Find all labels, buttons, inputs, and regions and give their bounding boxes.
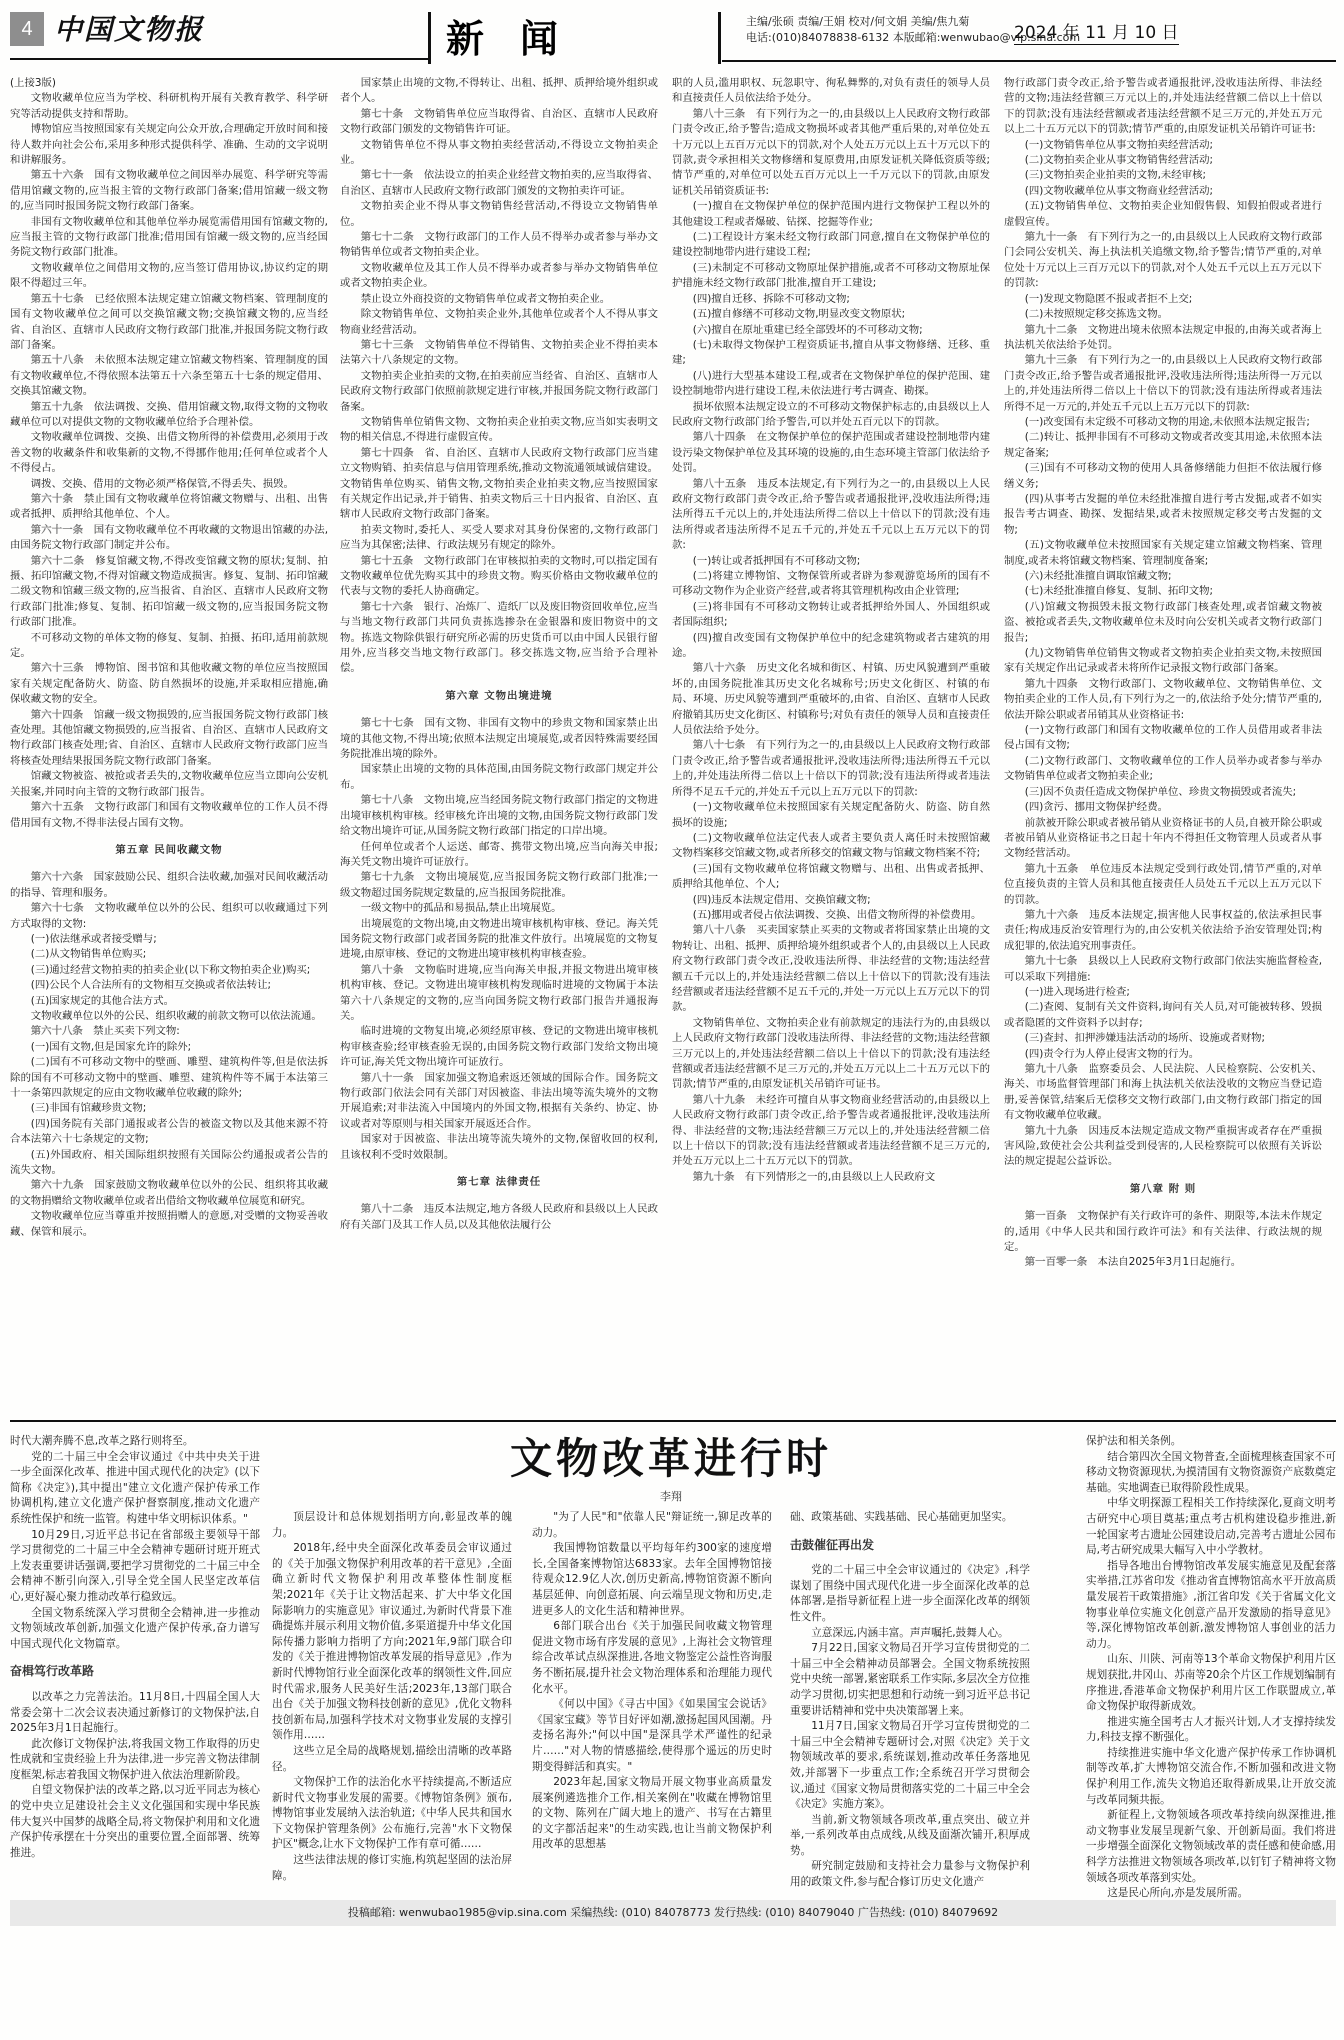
paragraph: 文物拍卖企业不得从事文物销售经营活动,不得设立文物销售单位。 (340, 199, 658, 230)
article-number: 第八十七条 (693, 739, 745, 751)
newspaper-name: 中国文物报 (54, 8, 204, 48)
paragraph: 研究制定鼓励和支持社会力量参与文物保护利用的政策文件,参与配合修订历史文化遗产 (790, 1859, 1030, 1890)
article-number: 第七十条 (361, 108, 404, 120)
article-number: 第六十三条 (31, 662, 84, 674)
article-number: 第六十四条 (31, 709, 83, 721)
paragraph: 文物收藏单位调拨、交换、出借文物所得的补偿费用,必须用于改善文物的收藏条件和收集… (10, 430, 328, 476)
article-number: 第七十四条 (361, 447, 414, 459)
paragraph: (二)国有不可移动文物中的壁画、雕塑、建筑构件等,但是依法拆除的国有不可移动文物… (10, 1055, 328, 1101)
article-body: 禁止买卖下列文物: (83, 1025, 180, 1037)
article-number: 第七十五条 (361, 555, 413, 567)
article-number: 第九十九条 (1025, 1125, 1078, 1137)
article-body: 买卖国家禁止买卖的文物或者将国家禁止出境的文物转让、出租、抵押、质押给境外组织或… (672, 924, 990, 1013)
paragraph: 这些法律法规的修订实施,构筑起坚固的法治屏障。 (272, 1853, 512, 1884)
paragraph: 2023年起,国家文物局开展文物事业高质量发展案例遴选推介工作,相关案例在"收藏… (532, 1775, 772, 1853)
law-article: 第七十四条 省、自治区、直辖市人民政府文物行政部门应当建立文物购销、拍卖信息与信… (340, 446, 658, 523)
law-article: 第六十八条 禁止买卖下列文物: (10, 1024, 328, 1039)
paragraph: (五)外国政府、相关国际组织按照有关国际公约通报或者公告的流失文物。 (10, 1148, 328, 1179)
paragraph: 全国文物系统深入学习贯彻全会精神,进一步推动文物领域改革创新,加强文化遗产保护传… (10, 1606, 260, 1653)
law-column-4: 物行政部门责令改正,给予警告或者通报批评,没收违法所得、非法经营的文物;违法经营… (1004, 76, 1322, 1271)
chapter-heading: 第五章 民间收藏文物 (10, 843, 328, 858)
paragraph: (一)转让或者抵押国有不可移动文物; (672, 554, 990, 569)
paragraph: 保护法和相关条例。 (1086, 1434, 1336, 1450)
paragraph: 临时进境的文物复出境,必须经原审核、登记的文物进出境审核机构审核查验;经审核查验… (340, 1024, 658, 1070)
paragraph: 党的二十届三中全会审议通过的《决定》,科学谋划了围绕中国式现代化进一步全面深化改… (790, 1563, 1030, 1625)
article-number: 第八十一条 (361, 1072, 414, 1084)
paragraph: (五)挪用或者侵占依法调拨、交换、出借文物所得的补偿费用。 (672, 908, 990, 923)
law-article: 第八十七条 有下列行为之一的,由县级以上人民政府文物行政部门责令改正,给予警告或… (672, 738, 990, 800)
paragraph: (八)进行大型基本建设工程,或者在文物保护单位的保护范围、建设控制地带内进行建设… (672, 369, 990, 400)
paragraph: (三)因不负责任造成文物保护单位、珍贵文物损毁或者流失; (1004, 785, 1322, 800)
paragraph: 文物销售单位销售文物、文物拍卖企业拍卖文物,应当如实表明文物的相关信息,不得进行… (340, 415, 658, 446)
paragraph: 推进实施全国考古人才振兴计划,人才支撑持续发力,科技支撑不断强化。 (1086, 1715, 1336, 1746)
paragraph: 国家禁止出境的文物的具体范围,由国务院文物行政部门规定并公布。 (340, 762, 658, 793)
paragraph: (五)文物收藏单位未按照国家有关规定建立馆藏文物档案、管理制度,或者未将馆藏文物… (1004, 538, 1322, 569)
article-number: 第五十六条 (31, 169, 84, 181)
article-number: 第五十七条 (31, 293, 84, 305)
article-number: 第七十三条 (361, 339, 414, 351)
article-number: 第六十条 (31, 493, 74, 505)
paragraph: 我国博物馆数量以平均每年约300家的速度增长,全国备案博物馆达6833家。去年全… (532, 1541, 772, 1619)
paragraph: 新征程上,文物领域各项改革持续向纵深推进,推动文物事业发展呈现新气象、开创新局面… (1086, 1808, 1336, 1886)
law-article: 第五十六条 国有文物收藏单位之间因举办展览、科学研究等需借用馆藏文物的,应当报主… (10, 168, 328, 214)
article-number: 第八十九条 (693, 1094, 745, 1106)
paragraph: 文物拍卖企业拍卖的文物,在拍卖前应当经省、自治区、直辖市人民政府文物行政部门依照… (340, 369, 658, 415)
article-column-1: 时代大潮奔腾不息,改革之路行则将至。党的二十届三中全会审议通过《中共中央关于进一… (10, 1434, 260, 1861)
paragraph: (四)责令行为人停止侵害文物的行为。 (1004, 1047, 1322, 1062)
article-number: 第六十七条 (31, 902, 84, 914)
paragraph: 国家对于因被盗、非法出境等流失境外的文物,保留收回的权利,且该权利不受时效限制。 (340, 1132, 658, 1163)
article-title: 文物改革进行时 (346, 1426, 996, 1486)
paragraph: 10月29日,习近平总书记在省部级主要领导干部学习贯彻党的二十届三中全会精神专题… (10, 1528, 260, 1606)
paragraph: (四)从事考古发掘的单位未经批准擅自进行考古发掘,或者不如实报告考古调查、勘探、… (1004, 492, 1322, 538)
paragraph: (一)进入现场进行检查; (1004, 985, 1322, 1000)
paragraph: 物行政部门责令改正,给予警告或者通报批评,没收违法所得、非法经营的文物;违法经营… (1004, 76, 1322, 138)
page-number: 4 (10, 12, 44, 46)
article-number: 第一百零一条 (1025, 1256, 1087, 1268)
footer-contact-bar: 投稿邮箱: wenwubao1985@vip.sina.com 采编热线: (0… (10, 1900, 1336, 1926)
law-article: 第一百条 文物保护有关行政许可的条件、期限等,本法未作规定的,适用《中华人民共和… (1004, 1209, 1322, 1255)
paragraph: 非国有文物收藏单位和其他单位举办展览需借用国有馆藏文物的,应当报主管的文物行政部… (10, 215, 328, 261)
law-article: 第六十五条 文物行政部门和国有文物收藏单位的工作人员不得借用国有文物,不得非法侵… (10, 800, 328, 831)
paragraph: (一)文物行政部门和国有文物收藏单位的工作人员借用或者非法侵占国有文物; (1004, 723, 1322, 754)
article-number: 第七十九条 (361, 871, 415, 883)
law-article: 第七十七条 国有文物、非国有文物中的珍贵文物和国家禁止出境的其他文物,不得出境;… (340, 716, 658, 762)
paragraph: 结合第四次全国文物普查,全面梳理核查国家不可移动文物资源现状,为摸清国有文物资源… (1086, 1450, 1336, 1497)
publication-date: 2024 年 11 月 10 日 (1014, 18, 1179, 45)
paragraph: (二)文物收藏单位法定代表人或者主要负责人离任时未按照馆藏文物档案移交馆藏文物,… (672, 831, 990, 862)
law-article: 第六十一条 国有文物收藏单位不再收藏的文物退出馆藏的办法,由国务院文物行政部门制… (10, 523, 328, 554)
paragraph: 《何以中国》《寻古中国》《如果国宝会说话》《国家宝藏》等节目好评如潮,激扬起国风… (532, 1697, 772, 1775)
paragraph: (一)国有文物,但是国家允许的除外; (10, 1040, 328, 1055)
law-article: 第九十条 有下列情形之一的,由县级以上人民政府文 (672, 1170, 990, 1185)
article-number: 第六十二条 (31, 555, 85, 567)
paragraph: 2018年,经中央全面深化改革委员会审议通过的《关于加强文物保护利用改革的若干意… (272, 1541, 512, 1744)
law-article: 第九十九条 因违反本法规定造成文物严重损害或者存在严重损害风险,致使社会公共利益… (1004, 1124, 1322, 1170)
article-subheading: 奋楫笃行改革路 (10, 1664, 260, 1680)
article-number: 第九十条 (693, 1171, 735, 1183)
article-column-4: 础、政策基础、实践基础、民心基础更加坚实。击鼓催征再出发党的二十届三中全会审议通… (790, 1510, 1030, 1891)
article-number: 第九十七条 (1025, 955, 1077, 967)
paragraph: (一)改变国有未定级不可移动文物的用途,未依照本法规定报告; (1004, 415, 1322, 430)
law-article: 第八十五条 违反本法规定,有下列行为之一的,由县级以上人民政府文物行政部门责令改… (672, 477, 990, 554)
article-number: 第六十一条 (31, 524, 83, 536)
paragraph: 指导各地出台博物馆改革发展实施意见及配套落实举措,江苏省印发《推动省直博物馆高水… (1086, 1559, 1336, 1653)
paragraph: (上接3版) (10, 76, 328, 91)
article-number: 第七十八条 (361, 794, 413, 806)
article-number: 第八十四条 (693, 431, 746, 443)
paragraph: (四)文物收藏单位从事文物商业经营活动; (1004, 184, 1322, 199)
article-number: 第六十九条 (31, 1179, 84, 1191)
law-article: 第五十九条 依法调拨、交换、借用馆藏文物,取得文物的文物收藏单位可以对提供文物的… (10, 400, 328, 431)
law-article: 第九十二条 文物进出境未依照本法规定申报的,由海关或者海上执法机关依法给予处罚。 (1004, 323, 1322, 354)
paragraph: (八)馆藏文物损毁未报文物行政部门核查处理,或者馆藏文物被盗、被抢或者丢失,文物… (1004, 600, 1322, 646)
law-article: 第六十七条 文物收藏单位以外的公民、组织可以收藏通过下列方式取得的文物: (10, 901, 328, 932)
article-number: 第五十九条 (31, 401, 83, 413)
article-number: 第八十二条 (361, 1203, 413, 1215)
law-article: 第五十八条 未依照本法规定建立馆藏文物档案、管理制度的国有文物收藏单位,不得依照… (10, 353, 328, 399)
law-article: 第五十七条 已经依照本法规定建立馆藏文物档案、管理制度的国有文物收藏单位之间可以… (10, 292, 328, 354)
article-number: 第八十三条 (693, 108, 745, 120)
paragraph: 前款被开除公职或者被吊销从业资格证书的人员,自被开除公职或者被吊销从业资格证书之… (1004, 816, 1322, 862)
law-article: 第九十五条 单位违反本法规定受到行政处罚,情节严重的,对单位直接负责的主管人员和… (1004, 862, 1322, 908)
paragraph: (七)未经批准擅自修复、复制、拓印文物; (1004, 584, 1322, 599)
paragraph: (六)未经批准擅自调取馆藏文物; (1004, 569, 1322, 584)
paragraph: 时代大潮奔腾不息,改革之路行则将至。 (10, 1434, 260, 1450)
paragraph: 6部门联合出台《关于加强民间收藏文物管理 促进文物市场有序发展的意见》,上海社会… (532, 1619, 772, 1697)
article-number: 第八十八条 (693, 924, 746, 936)
paragraph: 职的人员,滥用职权、玩忽职守、徇私舞弊的,对负有责任的领导人员和直接责任人员依法… (672, 76, 990, 107)
paragraph: (九)文物销售单位销售文物或者文物拍卖企业拍卖文物,未按照国家有关规定作出记录或… (1004, 646, 1322, 677)
article-column-5: 保护法和相关条例。结合第四次全国文物普查,全面梳理核查国家不可移动文物资源现状,… (1086, 1434, 1336, 1902)
paragraph: (二)查阅、复制有关文件资料,询问有关人员,对可能被转移、毁损或者隐匿的文件资料… (1004, 1000, 1322, 1031)
paragraph: (四)擅自迁移、拆除不可移动文物; (672, 292, 990, 307)
paragraph: 文物收藏单位应当尊重并按照捐赠人的意愿,对受赠的文物妥善收藏、保管和展示。 (10, 1209, 328, 1240)
paragraph: "为了人民"和"依靠人民"辩证统一,铆足改革的动力。 (532, 1510, 772, 1541)
article-number: 第六十六条 (31, 871, 83, 883)
paragraph: 文物销售单位不得从事文物拍卖经营活动,不得设立文物拍卖企业。 (340, 138, 658, 169)
paragraph: (五)擅自修缮不可移动文物,明显改变文物原状; (672, 307, 990, 322)
article-number: 第七十七条 (361, 717, 414, 729)
article-number: 第七十六条 (361, 601, 413, 613)
law-article: 第六十六条 国家鼓励公民、组织合法收藏,加强对民间收藏活动的指导、管理和服务。 (10, 870, 328, 901)
law-text-section: (上接3版)文物收藏单位应当为学校、科研机构开展有关教育教学、科学研究等活动提供… (10, 76, 1336, 1416)
law-article: 第九十四条 文物行政部门、文物收藏单位、文物销售单位、文物拍卖企业的工作人员,有… (1004, 677, 1322, 723)
law-article: 第八十条 文物临时进境,应当向海关申报,并报文物进出境审核机构审核、登记。文物进… (340, 963, 658, 1025)
paragraph: 这些立足全局的战略规划,描绘出清晰的改革路径。 (272, 1744, 512, 1775)
paragraph: (三)非国有馆藏珍贵文物; (10, 1101, 328, 1116)
law-article: 第九十一条 有下列行为之一的,由县级以上人民政府文物行政部门会同公安机关、海上执… (1004, 230, 1322, 292)
paragraph: (二)未按照规定移交拣选文物。 (1004, 307, 1322, 322)
article-number: 第九十五条 (1025, 863, 1079, 875)
paragraph: (四)擅自改变国有文物保护单位中的纪念建筑物或者古建筑的用途。 (672, 631, 990, 662)
article-number: 第八十五条 (693, 478, 747, 490)
law-article: 第六十条 禁止国有文物收藏单位将馆藏文物赠与、出租、出售或者抵押、质押给其他单位… (10, 492, 328, 523)
paragraph: (二)从文物销售单位购买; (10, 947, 328, 962)
law-article: 第七十二条 文物行政部门的工作人员不得举办或者参与举办文物销售单位或者文物拍卖企… (340, 230, 658, 261)
paragraph: (三)国有不可移动文物的使用人具备修缮能力但拒不依法履行修缮义务; (1004, 461, 1322, 492)
law-article: 第八十四条 在文物保护单位的保护范围或者建设控制地带内建设污染文物保护单位及其环… (672, 430, 990, 476)
article-subheading: 击鼓催征再出发 (790, 1538, 1030, 1554)
article-number: 第九十二条 (1025, 324, 1077, 336)
paragraph: (一)文物收藏单位未按照国家有关规定配备防火、防盗、防自然损坏的设施; (672, 800, 990, 831)
article-number: 第九十三条 (1025, 354, 1077, 366)
law-article: 第九十八条 监察委员会、人民法院、人民检察院、公安机关、海关、市场监督管理部门和… (1004, 1062, 1322, 1124)
paragraph: (四)贪污、挪用文物保护经费。 (1004, 800, 1322, 815)
paragraph: (四)国务院有关部门通报或者公告的被盗文物以及其他来源不符合本法第六十七条规定的… (10, 1117, 328, 1148)
paragraph: (一)擅自在文物保护单位的保护范围内进行文物保护工程以外的其他建设工程或者爆破、… (672, 199, 990, 230)
article-number: 第七十一条 (361, 169, 413, 181)
paragraph: 拍卖文物时,委托人、买受人要求对其身份保密的,文物行政部门应当为其保密;法律、行… (340, 523, 658, 554)
paragraph: 础、政策基础、实践基础、民心基础更加坚实。 (790, 1510, 1030, 1526)
paragraph: 党的二十届三中全会审议通过《中共中央关于进一步全面深化改革、推进中国式现代化的决… (10, 1450, 260, 1528)
paragraph: (二)将建立博物馆、文物保管所或者辟为参观游览场所的国有不可移动文物作为企业资产… (672, 569, 990, 600)
paragraph: 任何单位或者个人运送、邮寄、携带文物出境,应当向海关申报;海关凭文物出境许可证放… (340, 840, 658, 871)
law-article: 第六十二条 修复馆藏文物,不得改变馆藏文物的原状;复制、拍摄、拓印馆藏文物,不得… (10, 554, 328, 631)
paragraph: 顶层设计和总体规划指明方向,彰显改革的魄力。 (272, 1510, 512, 1541)
paragraph: (六)擅自在原址重建已经全部毁坏的不可移动文物; (672, 323, 990, 338)
law-article: 第七十一条 依法设立的拍卖企业经营文物拍卖的,应当取得省、自治区、直辖市人民政府… (340, 168, 658, 199)
paragraph: 以改革之力完善法治。11月8日,十四届全国人大常委会第十二次会议表决通过新修订的… (10, 1690, 260, 1737)
law-article: 第六十九条 国家鼓励文物收藏单位以外的公民、组织将其收藏的文物捐赠给文物收藏单位… (10, 1178, 328, 1209)
paragraph: 调拨、交换、借用的文物必须严格保管,不得丢失、损毁。 (10, 477, 328, 492)
paragraph: (三)国有文物收藏单位将馆藏文物赠与、出租、出售或者抵押、质押给其他单位、个人; (672, 862, 990, 893)
article-column-2: 顶层设计和总体规划指明方向,彰显改革的魄力。2018年,经中央全面深化改革委员会… (272, 1510, 512, 1884)
law-article: 第一百零一条 本法自2025年3月1日起施行。 (1004, 1255, 1322, 1270)
paragraph: (二)工程设计方案未经文物行政部门同意,擅自在文物保护单位的建设控制地带内进行建… (672, 230, 990, 261)
law-article: 第八十九条 未经许可擅自从事文物商业经营活动的,由县级以上人民政府文物行政部门责… (672, 1093, 990, 1170)
chapter-heading: 第七章 法律责任 (340, 1175, 658, 1190)
paragraph: (二)文物行政部门、文物收藏单位的工作人员举办或者参与举办文物销售单位或者文物拍… (1004, 754, 1322, 785)
paragraph: 立意深远,内涵丰富。声声嘱托,鼓舞人心。 (790, 1626, 1030, 1642)
law-article: 第七十六条 银行、冶炼厂、造纸厂以及废旧物资回收单位,应当与当地文物行政部门共同… (340, 600, 658, 677)
header-rule-right (722, 60, 1336, 62)
paragraph: (二)文物拍卖企业从事文物销售经营活动; (1004, 153, 1322, 168)
article-number: 第六十五条 (31, 801, 84, 813)
paragraph: 文物收藏单位应当为学校、科研机构开展有关教育教学、科学研究等活动提供支持和帮助。 (10, 91, 328, 122)
article-number: 第六十八条 (31, 1025, 83, 1037)
paragraph: 馆藏文物被盗、被抢或者丢失的,文物收藏单位应当立即向公安机关报案,并同时向主管的… (10, 769, 328, 800)
paragraph: (三)将非国有不可移动文物转让或者抵押给外国人、外国组织或者国际组织; (672, 600, 990, 631)
paragraph: 禁止设立外商投资的文物销售单位或者文物拍卖企业。 (340, 292, 658, 307)
paragraph: (四)违反本法规定借用、交换馆藏文物; (672, 893, 990, 908)
law-article: 第八十六条 历史文化名城和街区、村镇、历史风貌遭到严重破坏的,由国务院批准其历史… (672, 661, 990, 738)
paragraph: 当前,新文物领域各项改革,重点突出、破立并举,一系列改革由点成线,从线及面渐次铺… (790, 1813, 1030, 1860)
law-column-1: (上接3版)文物收藏单位应当为学校、科研机构开展有关教育教学、科学研究等活动提供… (10, 76, 328, 1240)
paragraph: 自望文物保护法的改革之路,以习近平同志为核心的党中央立足建设社会主义文化强国和实… (10, 1783, 260, 1861)
law-article: 第六十三条 博物馆、图书馆和其他收藏文物的单位应当按照国家有关规定配备防火、防盗… (10, 661, 328, 707)
paragraph: 文物收藏单位之间借用文物的,应当签订借用协议,协议约定的期限不得超过三年。 (10, 261, 328, 292)
paragraph: (一)发现文物隐匿不报或者拒不上交; (1004, 292, 1322, 307)
paragraph: 文物保护工作的法治化水平持续提高,不断适应新时代文物事业发展的需要。《博物馆条例… (272, 1775, 512, 1853)
article-body: 本法自2025年3月1日起施行。 (1087, 1256, 1241, 1268)
paragraph: 损坏依照本法规定设立的不可移动文物保护标志的,由县级以上人民政府文物行政部门给予… (672, 400, 990, 431)
law-article: 第七十九条 文物出境展览,应当报国务院文物行政部门批准;一级文物超过国务院规定数… (340, 870, 658, 901)
law-column-2: 国家禁止出境的文物,不得转让、出租、抵押、质押给境外组织或者个人。第七十条 文物… (340, 76, 658, 1233)
article-number: 第一百条 (1025, 1210, 1067, 1222)
article-column-3: "为了人民"和"依靠人民"辩证统一,铆足改革的动力。我国博物馆数量以平均每年约3… (532, 1510, 772, 1853)
article-number: 第九十一条 (1025, 231, 1077, 243)
paragraph: 除文物销售单位、文物拍卖企业外,其他单位或者个人不得从事文物商业经营活动。 (340, 307, 658, 338)
paragraph: (三)查封、扣押涉嫌违法活动的场所、设施或者财物; (1004, 1031, 1322, 1046)
paragraph: (三)文物拍卖企业拍卖的文物,未经审核; (1004, 168, 1322, 183)
paragraph: 11月7日,国家文物局召开学习宣传贯彻党的二十届三中全会精神专题研讨会,对照《决… (790, 1719, 1030, 1813)
article-number: 第九十六条 (1025, 909, 1079, 921)
law-column-3: 职的人员,滥用职权、玩忽职守、徇私舞弊的,对负有责任的领导人员和直接责任人员依法… (672, 76, 990, 1185)
paragraph: 一级文物中的孤品和易损品,禁止出境展览。 (340, 901, 658, 916)
law-article: 第七十三条 文物销售单位不得销售、文物拍卖企业不得拍卖本法第六十八条规定的文物。 (340, 338, 658, 369)
paragraph: (二)转让、抵押非国有不可移动文物或者改变其用途,未依照本法规定备案; (1004, 430, 1322, 461)
article-byline: 李翔 (346, 1488, 996, 1504)
paragraph: 中华文明探源工程相关工作持续深化,夏商文明考古研究中心项目奠基;重点考古机构建设… (1086, 1496, 1336, 1558)
law-article: 第八十三条 有下列行为之一的,由县级以上人民政府文物行政部门责令改正,给予警告;… (672, 107, 990, 199)
paragraph: (一)依法继承或者接受赠与; (10, 932, 328, 947)
paragraph: (七)未取得文物保护工程资质证书,擅自从事文物修缮、迁移、重建; (672, 338, 990, 369)
law-article: 第七十条 文物销售单位应当取得省、自治区、直辖市人民政府文物行政部门颁发的文物销… (340, 107, 658, 138)
section-title: 新闻 (446, 8, 594, 63)
masthead: 4 中国文物报 新闻 主编/张硕 责编/王娟 校对/何文娟 美编/焦九菊 电话:… (0, 0, 1344, 64)
paragraph: 不可移动文物的单体文物的修复、复制、拍摄、拓印,适用前款规定。 (10, 631, 328, 662)
paragraph: 文物收藏单位以外的公民、组织收藏的前款文物可以依法流通。 (10, 1009, 328, 1024)
paragraph: 此次修订文物保护法,将我国文物工作取得的历史性成就和宝贵经验上升为法律,进一步完… (10, 1737, 260, 1784)
law-article: 第八十八条 买卖国家禁止买卖的文物或者将国家禁止出境的文物转让、出租、抵押、质押… (672, 923, 990, 1015)
article-number: 第九十四条 (1025, 678, 1078, 690)
paragraph: 博物馆应当按照国家有关规定向公众开放,合理确定开放时间和接待人数并向社会公布,采… (10, 122, 328, 168)
paragraph: (三)未制定不可移动文物原址保护措施,或者不可移动文物原址保护措施未经文物行政部… (672, 261, 990, 292)
paragraph: 出境展览的文物出境,由文物进出境审核机构审核、登记。海关凭国务院文物行政部门或者… (340, 917, 658, 963)
article-body: 有下列行为之一的,由县级以上人民政府文物行政部门责令改正,给予警告;造成文物损坏… (672, 108, 990, 197)
law-article: 第八十一条 国家加强文物追索返还领域的国际合作。国务院文物行政部门依法会同有关部… (340, 1071, 658, 1133)
article-number: 第七十二条 (361, 231, 414, 243)
law-article: 第七十八条 文物出境,应当经国务院文物行政部门指定的文物进出境审核机构审核。经审… (340, 793, 658, 839)
header-divider-right (718, 12, 721, 64)
chapter-heading: 第六章 文物出境进境 (340, 689, 658, 704)
paragraph: (四)公民个人合法所有的文物相互交换或者依法转让; (10, 978, 328, 993)
article-number: 第八十条 (361, 964, 404, 976)
paragraph: (三)通过经营文物拍卖的拍卖企业(以下称文物拍卖企业)购买; (10, 963, 328, 978)
header-rule-left (10, 58, 428, 60)
law-article: 第九十六条 违反本法规定,损害他人民事权益的,依法承担民事责任;构成违反治安管理… (1004, 908, 1322, 954)
paragraph: 文物收藏单位及其工作人员不得举办或者参与举办文物销售单位或者文物拍卖企业。 (340, 261, 658, 292)
paragraph: 文物销售单位、文物拍卖企业有前款规定的违法行为的,由县级以上人民政府文物行政部门… (672, 1016, 990, 1093)
article-number: 第八十六条 (693, 662, 746, 674)
law-article: 第九十三条 有下列行为之一的,由县级以上人民政府文物行政部门责令改正,给予警告或… (1004, 353, 1322, 415)
paragraph: (五)国家规定的其他合法方式。 (10, 994, 328, 1009)
paragraph: 山东、川陕、河南等13个革命文物保护利用片区规划获批,井冈山、苏南等20余个片区… (1086, 1652, 1336, 1714)
law-article: 第六十四条 馆藏一级文物损毁的,应当报国务院文物行政部门核查处理。其他馆藏文物损… (10, 708, 328, 770)
paragraph: (五)文物销售单位、文物拍卖企业知假售假、知假拍假或者进行虚假宣传。 (1004, 199, 1322, 230)
article-number: 第五十八条 (31, 354, 84, 366)
paragraph: 7月22日,国家文物局召开学习宣传贯彻党的二十届三中全会精神动员部署会。全国文物… (790, 1641, 1030, 1719)
paragraph: 持续推进实施中华文化遗产保护传承工作协调机制等改革,扩大博物馆交流合作,不断加强… (1086, 1746, 1336, 1808)
paragraph: (一)文物销售单位从事文物拍卖经营活动; (1004, 138, 1322, 153)
chapter-heading: 第八章 附 则 (1004, 1182, 1322, 1197)
paragraph: 国家禁止出境的文物,不得转让、出租、抵押、质押给境外组织或者个人。 (340, 76, 658, 107)
article-number: 第九十八条 (1025, 1063, 1078, 1075)
header-divider-left (428, 12, 431, 64)
law-article: 第八十二条 违反本法规定,地方各级人民政府和县级以上人民政府有关部门及其工作人员… (340, 1202, 658, 1233)
section-divider (10, 1420, 1336, 1422)
law-article: 第九十七条 县级以上人民政府文物行政部门依法实施监督检查,可以采取下列措施: (1004, 954, 1322, 985)
law-article: 第七十五条 文物行政部门在审核拟拍卖的文物时,可以指定国有文物收藏单位优先购买其… (340, 554, 658, 600)
article-body: 有下列情形之一的,由县级以上人民政府文 (734, 1171, 935, 1183)
